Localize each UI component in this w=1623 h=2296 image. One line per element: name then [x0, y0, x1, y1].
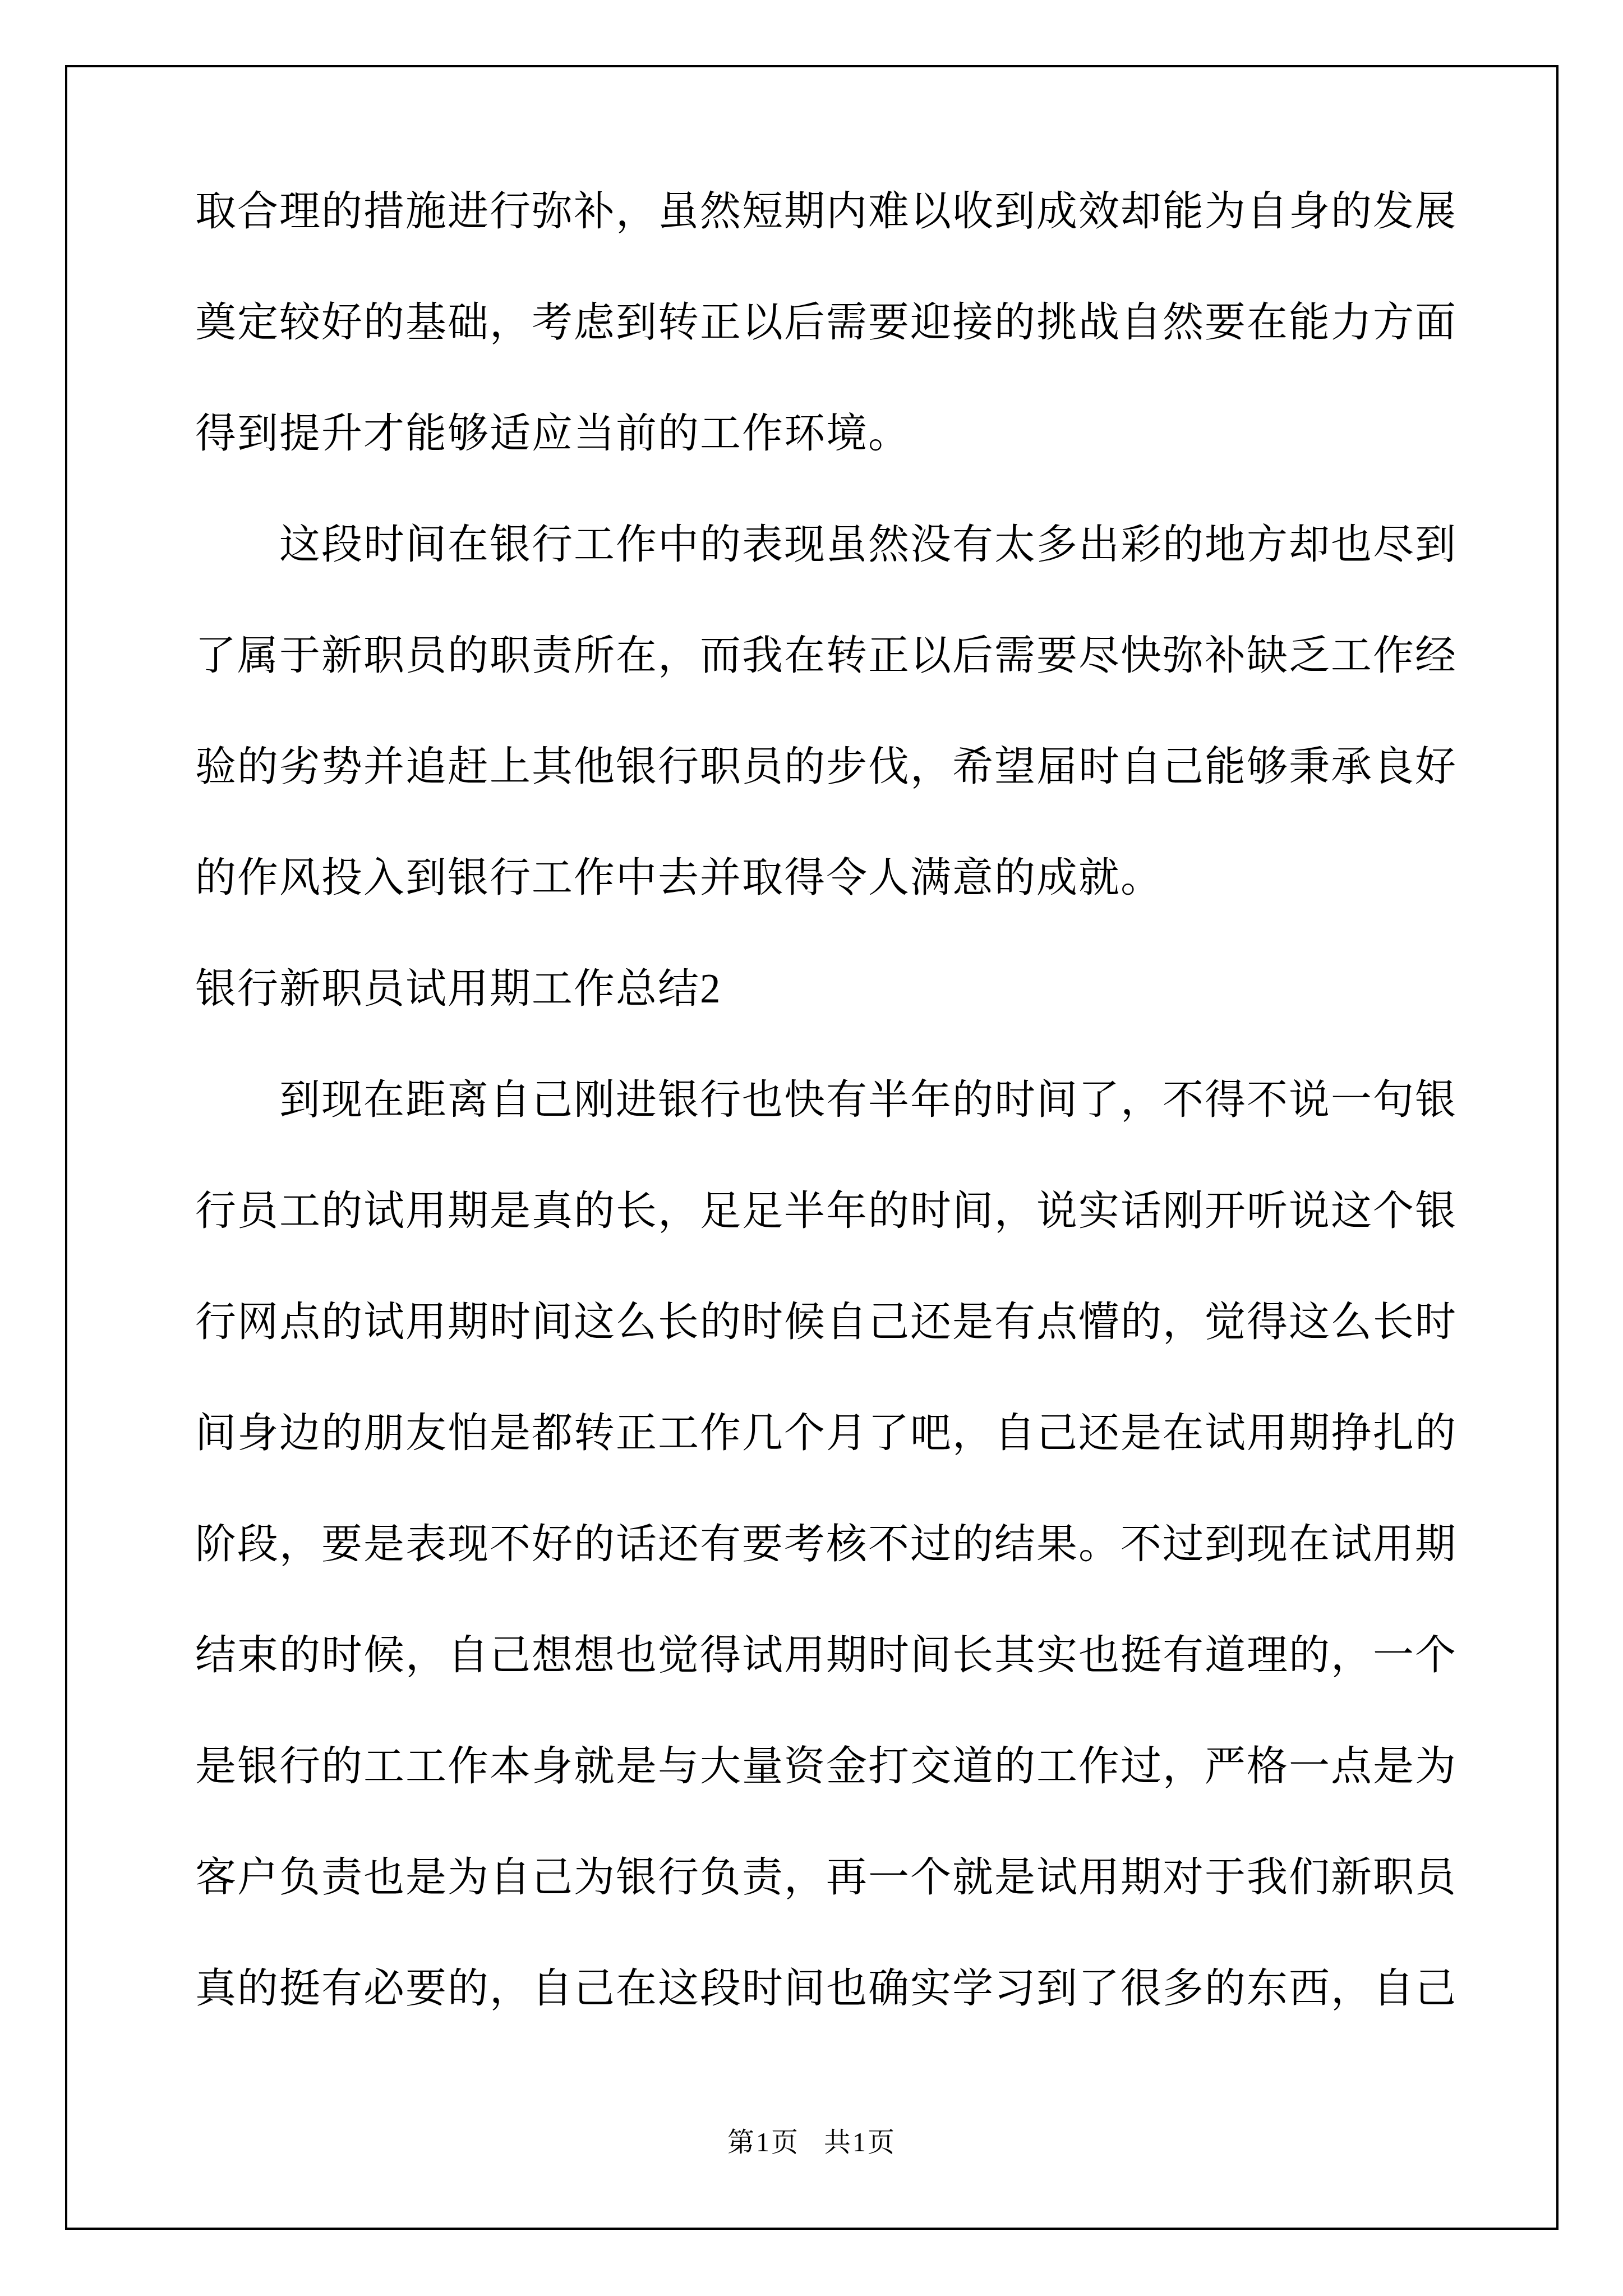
document-body: 取合理的措施进行弥补，虽然短期内难以收到成效却能为自身的发展 奠定较好的基础，考… — [195, 156, 1451, 2044]
text-line: 的作风投入到银行工作中去并取得令人满意的成就。 — [195, 822, 1451, 933]
text-line: 这段时间在银行工作中的表现虽然没有太多出彩的地方却也尽到 — [195, 489, 1451, 600]
text-line: 行网点的试用期时间这么长的时候自己还是有点懵的，觉得这么长时 — [195, 1267, 1451, 1378]
text-line: 阶段，要是表现不好的话还有要考核不过的结果。不过到现在试用期 — [195, 1489, 1451, 1600]
text-line: 奠定较好的基础，考虑到转正以后需要迎接的挑战自然要在能力方面 — [195, 267, 1451, 378]
text-line: 间身边的朋友怕是都转正工作几个月了吧，自己还是在试用期挣扎的 — [195, 1378, 1451, 1489]
page-border-frame: 取合理的措施进行弥补，虽然短期内难以收到成效却能为自身的发展 奠定较好的基础，考… — [65, 65, 1559, 2230]
text-line: 取合理的措施进行弥补，虽然短期内难以收到成效却能为自身的发展 — [195, 156, 1451, 267]
text-line: 客户负责也是为自己为银行负责，再一个就是试用期对于我们新职员 — [195, 1822, 1451, 1933]
text-line: 是银行的工工作本身就是与大量资金打交道的工作过，严格一点是为 — [195, 1711, 1451, 1822]
text-line: 了属于新职员的职责所在，而我在转正以后需要尽快弥补缺乏工作经 — [195, 600, 1451, 711]
page-footer: 第1页 共1页 — [67, 2128, 1556, 2157]
text-line: 验的劣势并追赶上其他银行职员的步伐，希望届时自己能够秉承良好 — [195, 711, 1451, 822]
text-line: 得到提升才能够适应当前的工作环境。 — [195, 378, 1451, 489]
text-line: 到现在距离自己刚进银行也快有半年的时间了，不得不说一句银 — [195, 1045, 1451, 1156]
text-line: 结束的时候，自己想想也觉得试用期时间长其实也挺有道理的，一个 — [195, 1600, 1451, 1711]
text-line: 行员工的试用期是真的长，足足半年的时间，说实话刚开听说这个银 — [195, 1156, 1451, 1267]
text-line: 真的挺有必要的，自己在这段时间也确实学习到了很多的东西，自己 — [195, 1933, 1451, 2044]
section-heading-line: 银行新职员试用期工作总结2 — [195, 933, 1451, 1045]
